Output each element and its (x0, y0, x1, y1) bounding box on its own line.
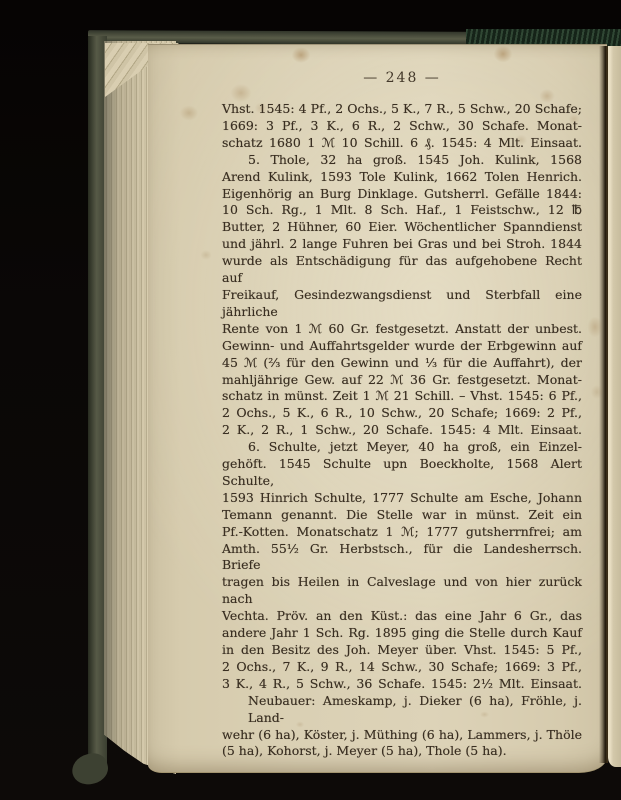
text-line: schatz 1680 1 ℳ 10 Schill. 6 ₰. 1545: 4 … (222, 135, 582, 152)
text-line: wehr (6 ha), Köster, j. Müthing (6 ha), … (222, 727, 582, 744)
photo-backdrop: — 248 — Vhst. 1545: 4 Pf., 2 Ochs., 5 K.… (0, 0, 621, 800)
text-line: Arend Kulink, 1593 Tole Kulink, 1662 Tol… (222, 169, 582, 186)
next-page-edge (608, 46, 621, 767)
text-line: (5 ha), Kohorst, j. Meyer (5 ha), Thole … (222, 743, 582, 760)
text-line: schatz in münst. Zeit 1 ℳ 21 Schill. – V… (222, 388, 582, 405)
text-line: tragen bis Heilen in Calveslage und von … (222, 574, 582, 608)
text-line: 10 Sch. Rg., 1 Mlt. 8 Sch. Haf., 1 Feist… (222, 202, 582, 219)
text-line: 3 K., 4 R., 5 Schw., 36 Schafe. 1545: 2½… (222, 676, 582, 693)
text-line: Amth. 55½ Gr. Herbstsch., für die Landes… (222, 541, 582, 575)
text-line: andere Jahr 1 Sch. Rg. 1895 ging die Ste… (222, 625, 582, 642)
text-line: und jährl. 2 lange Fuhren bei Gras und b… (222, 236, 582, 253)
text-line: 2 Ochs., 7 K., 9 R., 14 Schw., 30 Schafe… (222, 659, 582, 676)
page-gutter-shadow (599, 46, 608, 763)
text-line: Butter, 2 Hühner, 60 Eier. Wöchentlicher… (222, 219, 582, 236)
text-line: Rente von 1 ℳ 60 Gr. festgesetzt. Anstat… (222, 321, 582, 338)
text-line: 2 Ochs., 5 K., 6 R., 10 Schw., 20 Schafe… (222, 405, 582, 422)
text-line-paragraph-start: 5. Thole, 32 ha groß. 1545 Joh. Kulink, … (222, 152, 582, 169)
text-line: 45 ℳ (⅔ für den Gewinn und ⅓ für die Auf… (222, 355, 582, 372)
text-line: Temann genannt. Die Stelle war in münst.… (222, 507, 582, 524)
text-line: wurde als Entschädigung für das aufgehob… (222, 253, 582, 287)
text-line: Eigenhörig an Burg Dinklage. Gutsherrl. … (222, 186, 582, 203)
text-block: Vhst. 1545: 4 Pf., 2 Ochs., 5 K., 7 R., … (222, 101, 582, 760)
text-line-paragraph-start: Neubauer: Ameskamp, j. Dieker (6 ha), Fr… (222, 693, 582, 727)
text-line: 1593 Hinrich Schulte, 1777 Schulte am Es… (222, 490, 582, 507)
text-line: Gewinn- und Auffahrtsgelder wurde der Er… (222, 338, 582, 355)
text-line: Vechta. Pröv. an den Küst.: das eine Jah… (222, 608, 582, 625)
text-line: mahljährige Gew. auf 22 ℳ 36 Gr. festges… (222, 372, 582, 389)
text-line: Pf.-Kotten. Monatschatz 1 ℳ; 1777 gutshe… (222, 524, 582, 541)
text-line: gehöft. 1545 Schulte upn Boeckholte, 156… (222, 456, 582, 490)
text-line: in den Besitz des Joh. Meyer über. Vhst.… (222, 642, 582, 659)
page-number: — 248 — (222, 70, 582, 86)
text-line-paragraph-start: 6. Schulte, jetzt Meyer, 40 ha groß, ein… (222, 439, 582, 456)
text-line: 2 K., 2 R., 1 Schw., 20 Schafe. 1545: 4 … (222, 422, 582, 439)
text-line: Freikauf, Gesindezwangsdienst und Sterbf… (222, 287, 582, 321)
text-line: Vhst. 1545: 4 Pf., 2 Ochs., 5 K., 7 R., … (222, 101, 582, 118)
text-line: 1669: 3 Pf., 3 K., 6 R., 2 Schw., 30 Sch… (222, 118, 582, 135)
